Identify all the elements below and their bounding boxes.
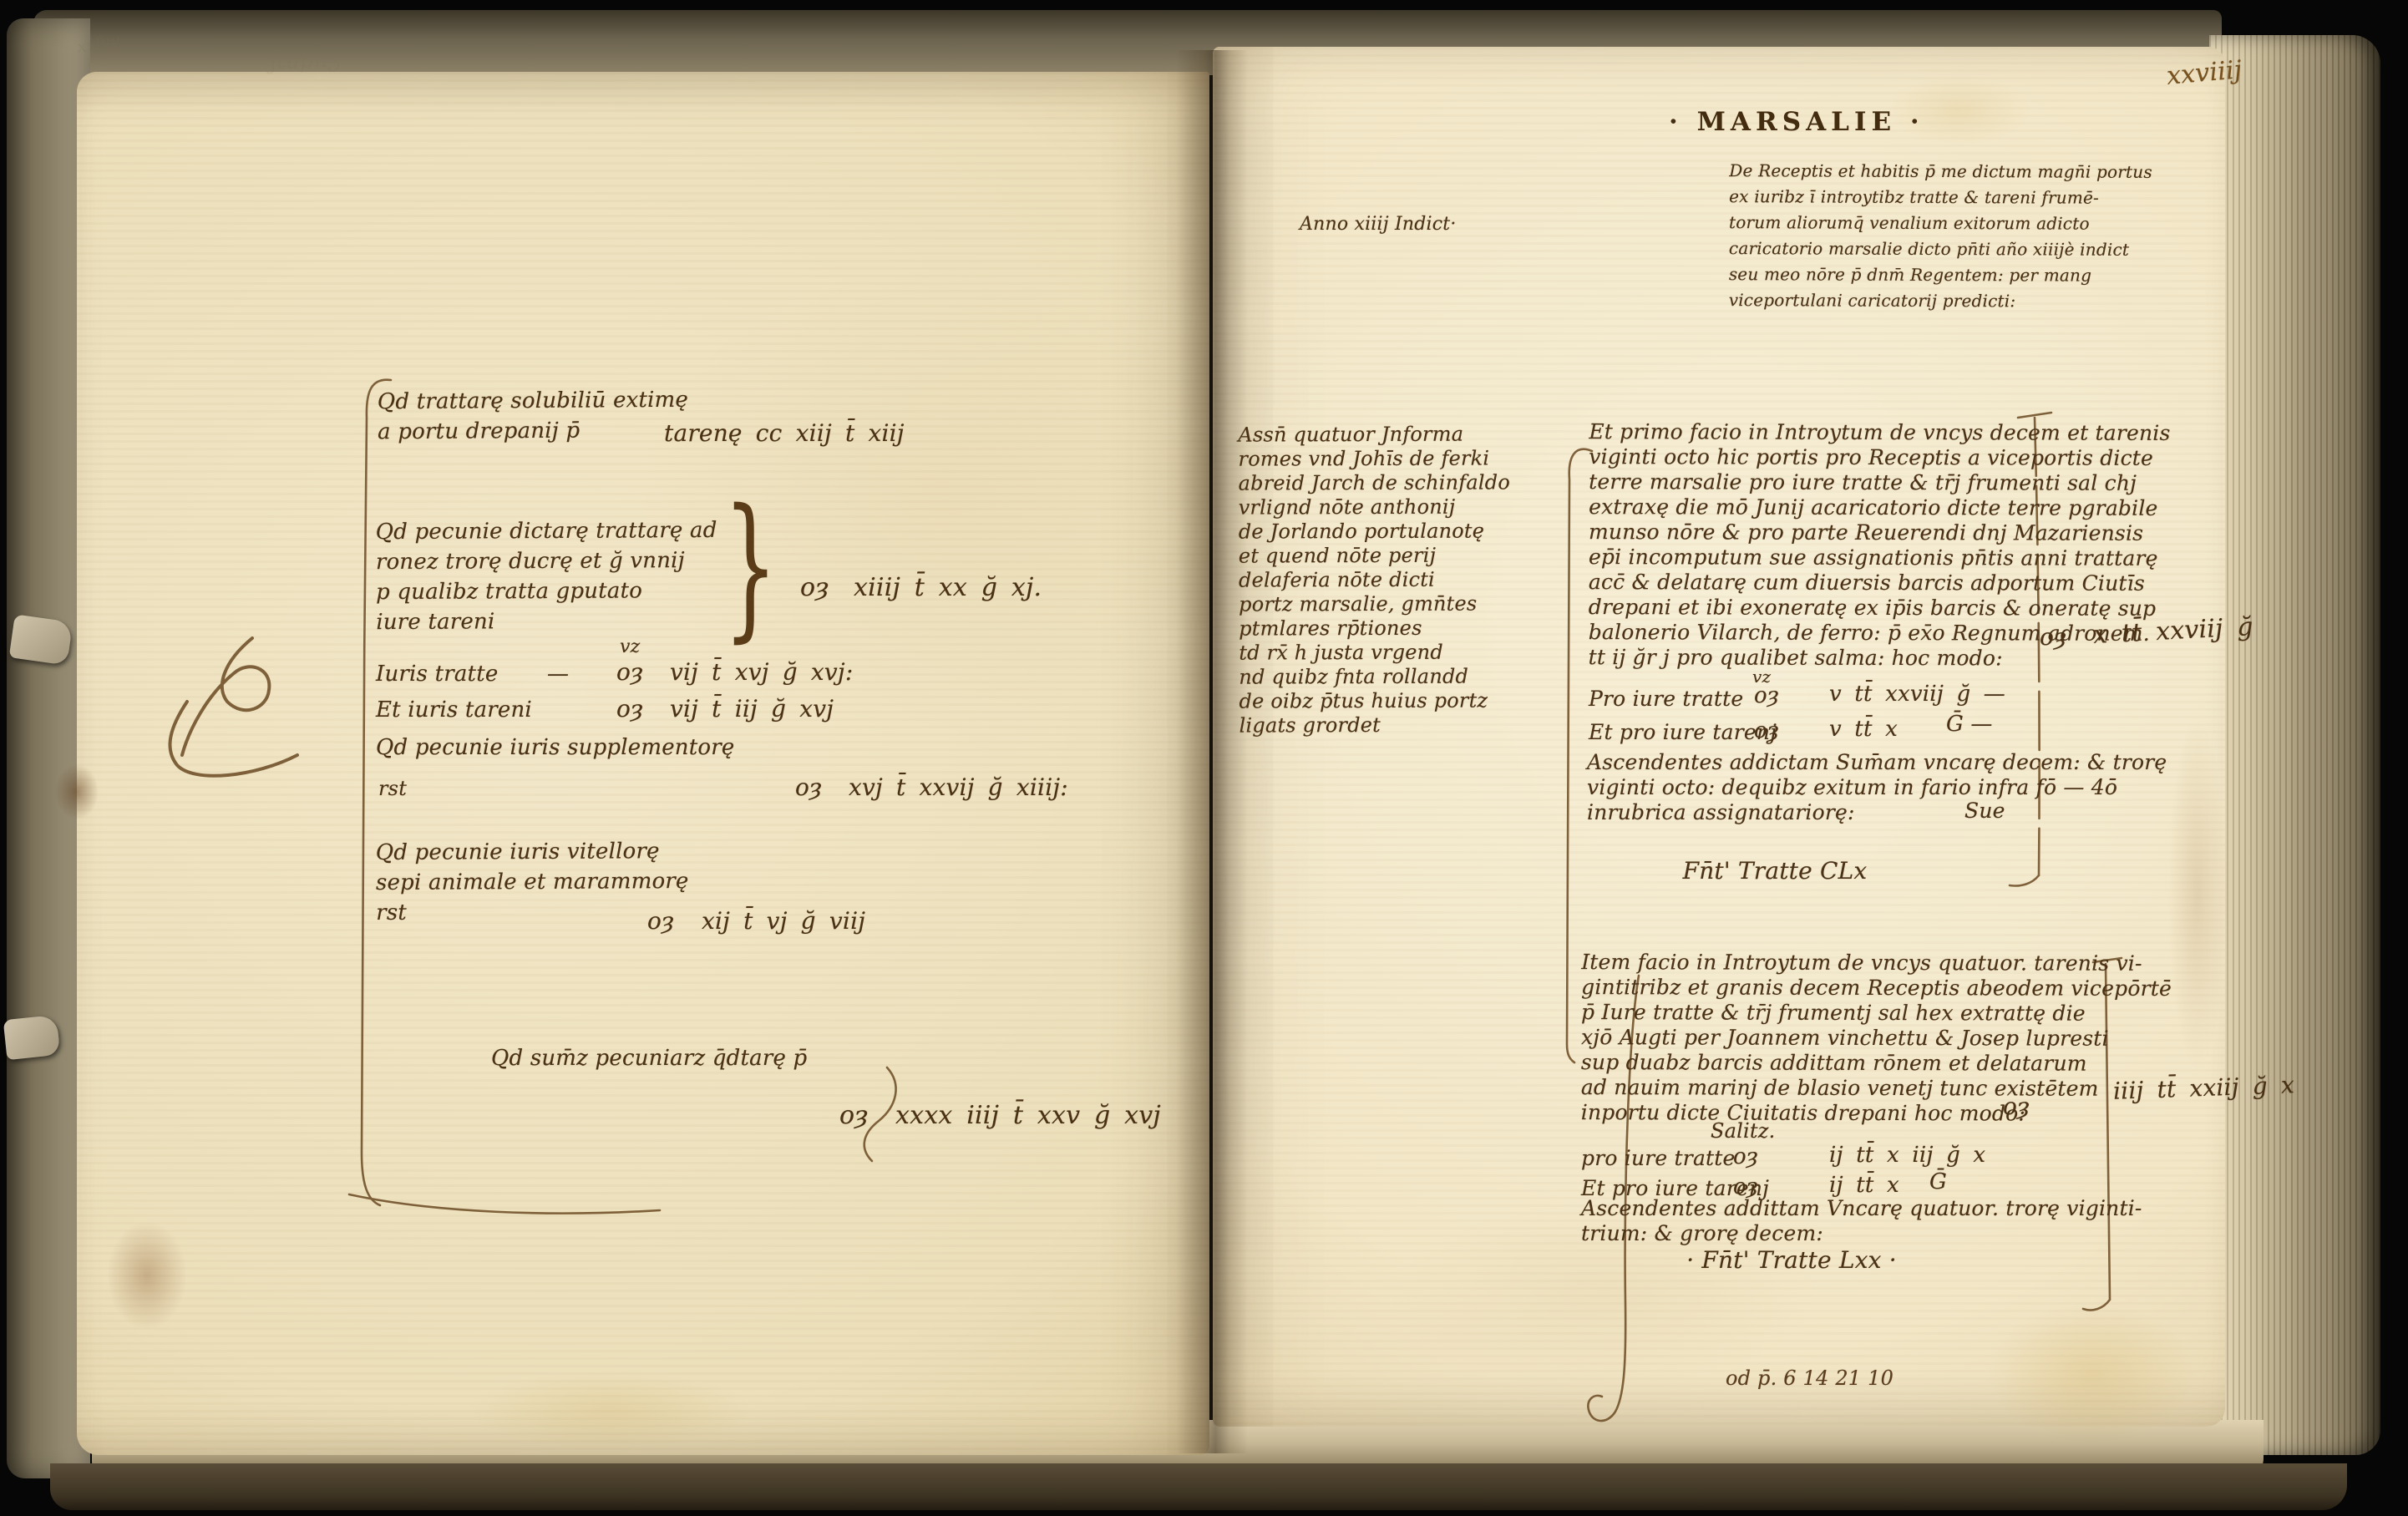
text-line: viginti octo hic portis pro Receptis a v… <box>1589 444 2170 471</box>
lp-heading-pecunie-trattarum: Qd pecunie dictarę trattarę adronez tror… <box>376 515 718 637</box>
rp-header-paragraph: De Receptis et habitis p̄ me dictum magn… <box>1729 158 2152 315</box>
lp-heading-tratte: Qd trattarę solubiliū extimęa portu drep… <box>378 385 689 448</box>
rp-entry2-sum-lines: Ascendentes addittam Vncarę quatuor. tro… <box>1581 1196 2142 1246</box>
oz-sign: oȝ <box>2003 1093 2030 1120</box>
lp-summary-amount: xxxx iiij t̄ xxv ğ xvj <box>895 1101 1161 1130</box>
text-line: munso nōre & pro parte Reuerendi dnj Maz… <box>1589 520 2170 546</box>
dash-mark: — <box>547 662 569 687</box>
lp-rst-abbrev: rst <box>378 777 407 800</box>
text-line: balonerio Vilarch, de ferro: p̄ ex̄o Reg… <box>1589 620 2170 646</box>
oz-sign: oȝ <box>795 773 822 801</box>
text-line: gintitribz et granis decem Receptis abeo… <box>1581 975 2172 1001</box>
rp-entry1-row-amount: v tt̄ x <box>1829 717 1898 742</box>
oz-sign: oȝ <box>647 907 674 935</box>
text-line: xjō Augti per Joannem vinchettu & Josep … <box>1581 1025 2172 1052</box>
text-line: inrubrica assignatariorę: <box>1587 800 2167 825</box>
text-line: extraxę die mō Junij acaricatorio dicte … <box>1589 494 2170 521</box>
text-line: torum aliorumq̄ venalium exitorum adicto <box>1729 210 2152 237</box>
lp-row-amount: vij t̄ xvj ğ xvj: <box>670 658 853 686</box>
text-line: drepani et ibi exoneratę ex ip̄is barcis… <box>1589 595 2170 621</box>
text-line: Qd trattarę solubiliū extimę <box>378 385 688 418</box>
text-line: p qualibz tratta gputato <box>376 575 717 607</box>
vz-abbreviation: vz <box>620 636 640 657</box>
lp-row-label: Iuris tratte <box>376 662 498 687</box>
rp-bottom-numerals-note: od p̄. 6 14 21 10 <box>1726 1366 1893 1390</box>
rp-entry1-sum-lines: Ascendentes addictam Sum̄am vncarę decem… <box>1587 750 2167 825</box>
text-line: delaferia nōte dicti <box>1239 567 1510 592</box>
text-line: iure tareni <box>376 606 717 637</box>
g-flourish-mark: Ḡ — <box>1946 712 1993 737</box>
curly-brace: } <box>723 499 778 633</box>
page-title: · MARSALIE · <box>1669 107 1924 137</box>
text-line: terre marsalie pro iure tratte & tr̄j fr… <box>1589 469 2170 496</box>
oz-sign: oȝ <box>1754 683 1779 708</box>
text-line: de oibz p̄tus huius portz <box>1239 688 1510 713</box>
lp-row-amount: vij t̄ iij ğ xvj <box>670 695 834 723</box>
left-bottom-underline <box>349 1194 660 1214</box>
oz-sign: oȝ <box>2040 623 2066 651</box>
text-line: seu meo nōre p̄ dnm̄ Regentem: per mang <box>1729 261 2152 289</box>
text-line: p̄ Iure tratte & tr̄j frumentj sal hex e… <box>1581 1000 2172 1027</box>
text-line: vrlignd nōte anthonij <box>1239 494 1510 520</box>
text-line: rst <box>376 896 689 928</box>
text-line: portz marsalie, gmn̄tes <box>1239 591 1510 616</box>
text-line: tt ij ğr j pro qualibet salma: hoc modo: <box>1589 645 2170 672</box>
text-line: Ascendentes addittam Vncarę quatuor. tro… <box>1581 1196 2142 1221</box>
lp-amount-vitellorum: xij t̄ vj ğ viij <box>702 907 865 935</box>
lp-heading-supplementorum: Qd pecunie iuris supplementorę <box>376 735 734 760</box>
rp-entry2-row-amount: ij tt̄ x iij ğ x <box>1829 1143 1985 1168</box>
manuscript-photo: xxʃvy ʃtupnʒ Qd trattarę solubiliū extim… <box>0 0 2408 1516</box>
oz-sign: oȝ <box>1733 1144 1758 1169</box>
text-line: sup duabz barcis addittam rōnem et delat… <box>1581 1050 2172 1077</box>
text-line: viceportulani caricatorij predicti: <box>1729 287 2152 315</box>
lp-amount-pecunie: xiiij t̄ xx ğ xj. <box>854 573 1042 602</box>
lp-summary-heading: Qd sum̄z pecuniarz q̄dtarę p̄ <box>491 1046 807 1071</box>
sum-curl <box>864 1067 896 1161</box>
text-line: trium: & grorę decem: <box>1581 1221 2142 1246</box>
faint-showthrough-mark: ʃtupnʒ <box>271 48 342 75</box>
rp-entry1-row-label: Et pro iure tarenj <box>1589 720 1777 744</box>
text-line: abreid Jarch de schinfaldo <box>1239 470 1510 495</box>
text-line: viginti octo: dequibz exitum in fario in… <box>1587 775 2167 800</box>
lp-amount-supplementorum: xvj t̄ xxvij ğ xiiij: <box>849 773 1068 801</box>
oz-sign: oȝ <box>1754 718 1779 743</box>
text-line: ronez trorę ducrę et ğ vnnij <box>376 545 717 577</box>
lp-amount-tratte: tarenę cc xiij t̄ xiij <box>664 419 905 447</box>
text-line: et quend nōte perij <box>1239 543 1510 568</box>
text-line: a portu drepanij p̄ <box>378 415 688 448</box>
text-line: de Jorlando portulanotę <box>1239 519 1510 544</box>
text-line: Qd pecunie dictarę trattarę ad <box>376 515 717 547</box>
rp-entry1-row-amount: v tt̄ xxviij ğ — <box>1829 682 2005 707</box>
rp-entry1-row-label: Pro iure tratte <box>1589 687 1743 711</box>
oz-sign: oȝ <box>839 1101 868 1130</box>
text-line: ptmlares rp̄tiones <box>1239 616 1510 641</box>
rp-margin-note: Assn̄ quatuor Jnformaromes vnd Johīs de … <box>1238 422 1511 738</box>
rp-entry2-row-label: pro iure tratte <box>1581 1146 1736 1170</box>
oz-sign: oȝ <box>616 695 643 723</box>
text-line: ligats grordet <box>1239 712 1511 738</box>
lp-heading-vitellorum: Qd pecunie iuris vitelloręsepi animale e… <box>376 836 689 928</box>
text-line: De Receptis et habitis p̄ me dictum magn… <box>1729 158 2152 185</box>
g-flourish-mark: Ḡ <box>1929 1169 1947 1194</box>
lp-row-label: Et iuris tareni <box>376 697 532 723</box>
rp-entry2-salitz-label: Salitz. <box>1711 1119 1775 1143</box>
anno-note: Anno xiiij Indict· <box>1300 214 1457 235</box>
rp-entry1-side-note: Sue <box>1964 799 2005 823</box>
text-line: Item facio in Introytum de vncys quatuor… <box>1581 950 2172 976</box>
rp-entry2-paragraph: Item facio in Introytum de vncys quatuor… <box>1581 950 2172 1127</box>
text-line: td rx̄ h justa vrgend <box>1239 640 1510 665</box>
oz-sign: oȝ <box>800 573 829 602</box>
text-line: nd quibz fnta rollandd <box>1239 664 1510 689</box>
rp-entry1-paragraph: Et primo facio in Introytum de vncys dec… <box>1589 419 2171 672</box>
text-line: ad nauim marinj de blasio venetj tunc ex… <box>1581 1075 2172 1102</box>
text-line: sepi animale et marammorę <box>376 866 689 898</box>
rp-entry2-footer-total: · Fn̄t' Tratte Lxx · <box>1658 1246 1925 1274</box>
text-line: Et primo facio in Introytum de vncys dec… <box>1589 419 2170 446</box>
text-line: inportu dicte Ciuitatis drepani hoc modo… <box>1581 1100 2172 1127</box>
text-line: Qd pecunie iuris vitellorę <box>376 836 689 868</box>
rp-entry1-footer-total: Fn̄t' Tratte CLx <box>1658 857 1892 885</box>
text-line: acc̄ & delatarę cum diuersis barcis adpo… <box>1589 570 2170 596</box>
rp-entry2-row-amount: ij tt̄ x <box>1829 1173 1899 1198</box>
text-line: Assn̄ quatuor Jnforma <box>1238 422 1509 447</box>
text-line: Ascendentes addictam Sum̄am vncarę decem… <box>1587 750 2167 775</box>
text-line: caricatorio marsalie dicto pn̄ti año xii… <box>1729 236 2152 263</box>
text-line: ep̄i incomputum sue assignationis pn̄tis… <box>1589 545 2170 571</box>
oz-sign: oȝ <box>616 658 643 686</box>
margin-paraph-flourish <box>170 638 297 776</box>
text-line: ex iuribz ī introytibz tratte & tareni f… <box>1729 184 2152 211</box>
text-line: romes vnd Johīs de ferki <box>1238 446 1509 471</box>
